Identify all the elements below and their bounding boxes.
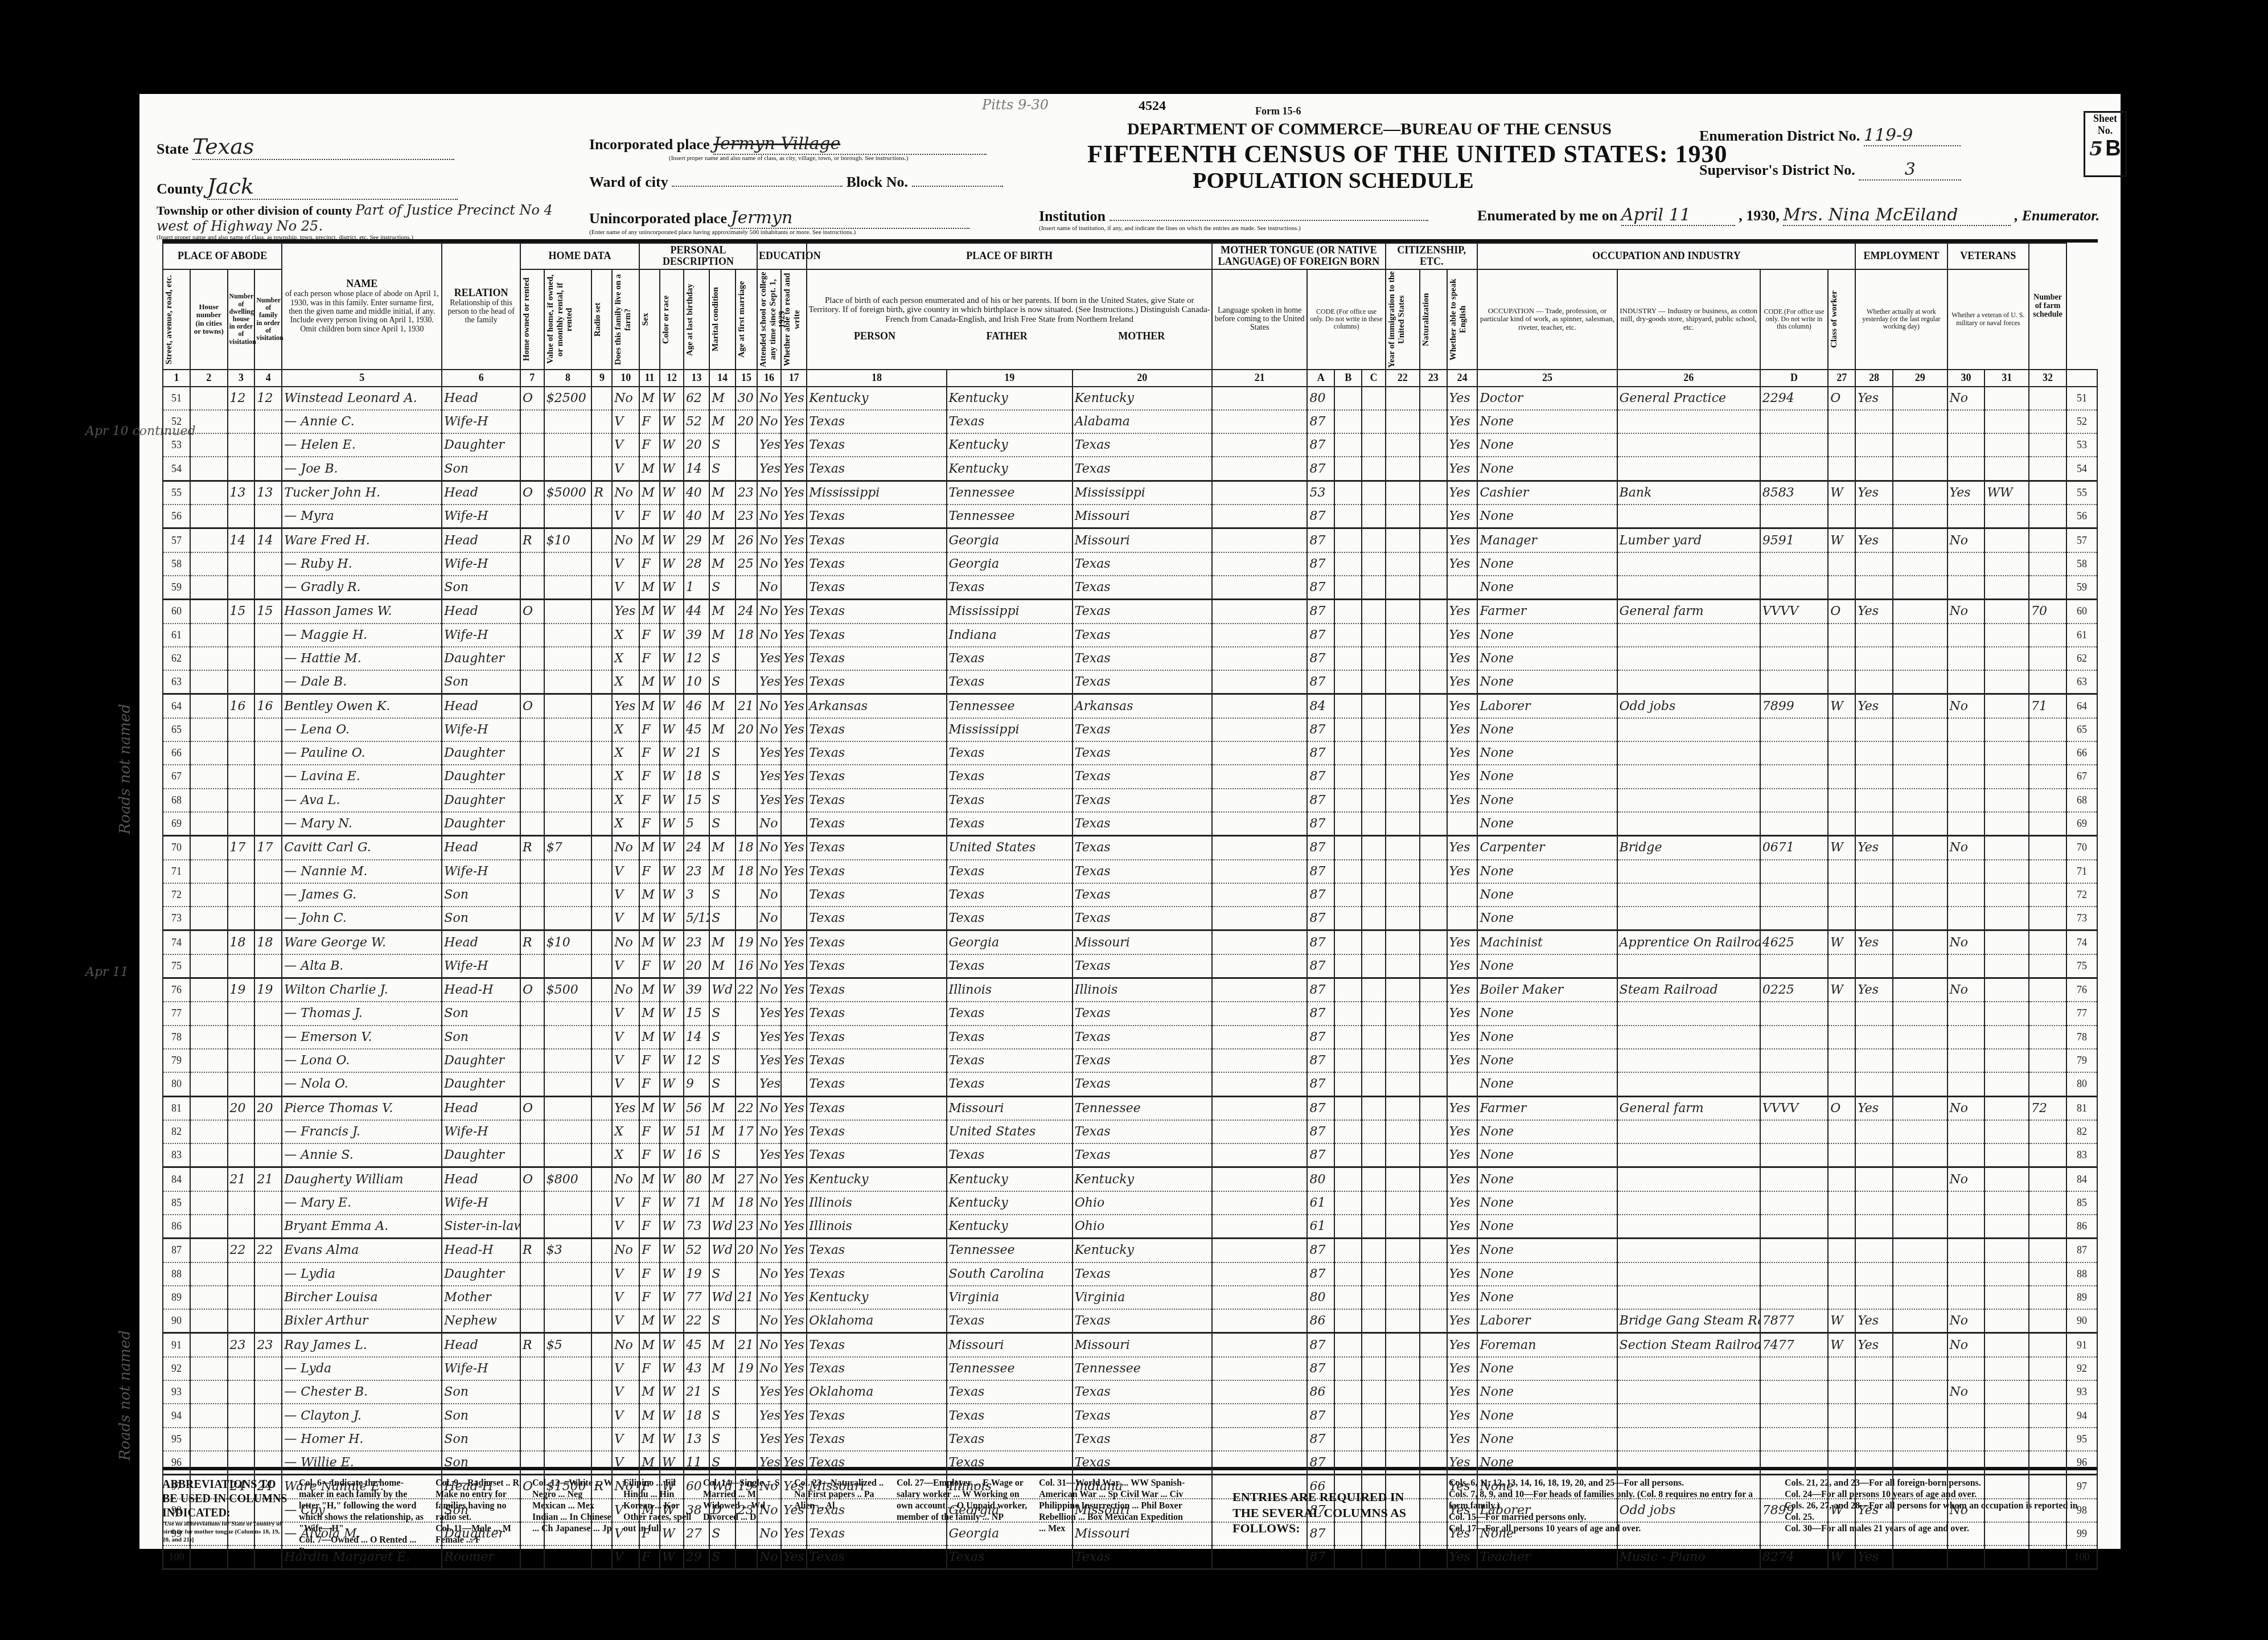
language [1212, 954, 1307, 978]
age-first-marriage: 25 [736, 552, 757, 576]
read-write: Yes [781, 481, 807, 505]
class-of-worker: W [1828, 481, 1855, 505]
code-c [1362, 954, 1386, 978]
home-value [544, 1309, 592, 1333]
table-row: 67 — Lavina E. Daughter X F W 18 S Yes Y… [163, 765, 2097, 788]
age-first-marriage [736, 1262, 757, 1286]
relation: Daughter [442, 1262, 520, 1286]
age-first-marriage: 23 [736, 481, 757, 505]
line-number: 69 [163, 812, 190, 836]
person-name: — Lydia [282, 1262, 442, 1286]
birthplace-father: Texas [947, 1049, 1073, 1072]
col-16-header: Attended school or college any time sinc… [757, 269, 781, 370]
code-b [1334, 647, 1362, 670]
age-first-marriage [736, 1428, 757, 1451]
birthplace-mother: Virginia [1073, 1286, 1212, 1309]
family-number [254, 718, 282, 741]
birthplace-mother: Texas [1073, 836, 1212, 860]
read-write: Yes [781, 1286, 807, 1309]
read-write: Yes [781, 433, 807, 457]
code-a: 87 [1307, 1451, 1334, 1475]
birth-instructions: Place of birth of each person enumerated… [807, 269, 1212, 370]
birthplace-mother: Texas [1073, 1049, 1212, 1072]
home-owned [520, 1191, 544, 1215]
table-row: 100 Hardin Margaret E. Roomer V F W 29 S… [163, 1545, 2097, 1569]
birthplace-person: Illinois [807, 1215, 946, 1239]
at-work [1855, 1404, 1893, 1427]
marital: Wd [709, 1215, 735, 1239]
read-write: Yes [781, 1404, 807, 1427]
incorporated-label: Incorporated place [589, 136, 710, 153]
radio-set [591, 1380, 612, 1404]
occupation-code [1760, 433, 1829, 457]
unemployment-line [1893, 1026, 1947, 1049]
war: WW [1984, 481, 2029, 505]
code-b [1334, 1286, 1362, 1309]
class-of-worker [1828, 789, 1855, 812]
line-number: 92 [163, 1357, 190, 1380]
birthplace-person: Texas [807, 600, 946, 624]
birthplace-father: Kentucky [947, 433, 1073, 457]
veteran [1947, 1072, 1985, 1096]
home-value: $7 [544, 836, 592, 860]
code-b [1334, 1428, 1362, 1451]
farm-schedule [2029, 1380, 2066, 1404]
code-a: 87 [1307, 528, 1334, 552]
block-label: Block No. [847, 174, 908, 190]
occupation: None [1477, 1380, 1617, 1404]
race: W [660, 1545, 684, 1569]
occupation: Teacher [1477, 1545, 1617, 1569]
house-number [190, 576, 228, 600]
birthplace-father: Texas [947, 860, 1073, 883]
dwelling-number [228, 907, 255, 930]
language [1212, 765, 1307, 788]
race: W [660, 433, 684, 457]
industry [1617, 741, 1760, 765]
race: W [660, 481, 684, 505]
relation: Daughter [442, 1072, 520, 1096]
sex: M [639, 1380, 660, 1404]
naturalization [1420, 1545, 1447, 1569]
person-name: Winstead Leonard A. [282, 387, 442, 410]
speak-english [1447, 812, 1478, 836]
at-work [1855, 954, 1893, 978]
immigration-year [1386, 765, 1420, 788]
industry [1617, 576, 1760, 600]
code-b [1334, 741, 1362, 765]
marital: S [709, 741, 735, 765]
code-a: 86 [1307, 1380, 1334, 1404]
read-write: Yes [781, 765, 807, 788]
industry [1617, 1072, 1760, 1096]
radio-set [591, 978, 612, 1002]
relation: Head [442, 481, 520, 505]
age: 22 [684, 1309, 709, 1333]
language [1212, 433, 1307, 457]
radio-set [591, 1096, 612, 1120]
war [1984, 576, 2029, 600]
code-a: 87 [1307, 1262, 1334, 1286]
race: W [660, 457, 684, 481]
school: Yes [757, 1380, 781, 1404]
code-b [1334, 1451, 1362, 1475]
birthplace-mother: Kentucky [1073, 1239, 1212, 1262]
speak-english: Yes [1447, 1451, 1478, 1475]
farm: V [612, 1215, 639, 1239]
family-number [254, 1451, 282, 1475]
occupation: None [1477, 789, 1617, 812]
veteran [1947, 1120, 1985, 1143]
race: W [660, 1262, 684, 1286]
home-owned [520, 1143, 544, 1167]
sex: M [639, 670, 660, 694]
line-number: 67 [163, 765, 190, 788]
incorporated-field: Incorporated place Jermyn Village (Inser… [589, 134, 987, 162]
school: No [757, 1286, 781, 1309]
code-a: 87 [1307, 624, 1334, 647]
birthplace-mother: Illinois [1073, 978, 1212, 1002]
radio-set [591, 836, 612, 860]
naturalization [1420, 1072, 1447, 1096]
industry [1617, 1167, 1760, 1191]
radio-set [591, 410, 612, 433]
sd-field: Supervisor's District No. 3 [1699, 159, 1961, 181]
farm-schedule [2029, 552, 2066, 576]
age: 44 [684, 600, 709, 624]
relation: Wife-H [442, 1357, 520, 1380]
war [1984, 1049, 2029, 1072]
code-b [1334, 670, 1362, 694]
code-a: 80 [1307, 387, 1334, 410]
relation: Daughter [442, 765, 520, 788]
table-row: 90 Bixler Arthur Nephew V M W 22 S No Ye… [163, 1309, 2097, 1333]
house-number [190, 1191, 228, 1215]
naturalization [1420, 600, 1447, 624]
relation: Son [442, 670, 520, 694]
radio-set [591, 883, 612, 907]
age: 45 [684, 1333, 709, 1357]
veteran [1947, 1357, 1985, 1380]
birthplace-person: Oklahoma [807, 1309, 946, 1333]
line-number: 56 [163, 505, 190, 528]
col-12-header: Color or race [660, 269, 684, 370]
line-number: 76 [163, 978, 190, 1002]
house-number [190, 883, 228, 907]
home-owned [520, 410, 544, 433]
code-a: 80 [1307, 1286, 1334, 1309]
naturalization [1420, 528, 1447, 552]
school: No [757, 1096, 781, 1120]
line-number: 77 [163, 1002, 190, 1025]
birthplace-mother: Texas [1073, 647, 1212, 670]
farm: No [612, 1239, 639, 1262]
home-owned [520, 1215, 544, 1239]
at-work: Yes [1855, 1096, 1893, 1120]
person-name: — Ava L. [282, 789, 442, 812]
war [1984, 505, 2029, 528]
code-b [1334, 457, 1362, 481]
age-first-marriage [736, 1049, 757, 1072]
line-number-right: 62 [2066, 647, 2097, 670]
radio-set [591, 528, 612, 552]
person-name: Evans Alma [282, 1239, 442, 1262]
speak-english: Yes [1447, 930, 1478, 954]
radio-set [591, 954, 612, 978]
unemployment-line [1893, 552, 1947, 576]
industry [1617, 433, 1760, 457]
line-number-right: 74 [2066, 930, 2097, 954]
section-name: NAMEof each person whose place of abode … [282, 243, 442, 370]
table-row: 91 23 23 Ray James L. Head R $5 No M W 4… [163, 1333, 2097, 1357]
age: 29 [684, 528, 709, 552]
code-c [1362, 1072, 1386, 1096]
age: 1 [684, 576, 709, 600]
at-work [1855, 1026, 1893, 1049]
dwelling-number [228, 718, 255, 741]
birthplace-father: Texas [947, 812, 1073, 836]
class-of-worker [1828, 1451, 1855, 1475]
dwelling-number [228, 1026, 255, 1049]
war [1984, 836, 2029, 860]
house-number [190, 741, 228, 765]
school: Yes [757, 1451, 781, 1475]
col-7-header: Home owned or rented [520, 269, 544, 370]
race: W [660, 1143, 684, 1167]
birthplace-person: Texas [807, 741, 946, 765]
occupation: None [1477, 954, 1617, 978]
age: 12 [684, 647, 709, 670]
farm: V [612, 1428, 639, 1451]
line-number-right: 89 [2066, 1286, 2097, 1309]
line-number: 55 [163, 481, 190, 505]
farm: V [612, 1049, 639, 1072]
birthplace-mother: Texas [1073, 1404, 1212, 1427]
birthplace-mother: Tennessee [1073, 1096, 1212, 1120]
birthplace-mother: Texas [1073, 1262, 1212, 1286]
code-c [1362, 1286, 1386, 1309]
table-row: 84 21 21 Daugherty William Head O $800 N… [163, 1167, 2097, 1191]
code-c [1362, 647, 1386, 670]
marital: M [709, 1357, 735, 1380]
veteran [1947, 410, 1985, 433]
speak-english: Yes [1447, 1333, 1478, 1357]
immigration-year [1386, 528, 1420, 552]
birthplace-mother: Missouri [1073, 1333, 1212, 1357]
house-number [190, 433, 228, 457]
read-write: Yes [781, 694, 807, 718]
sex: M [639, 1333, 660, 1357]
speak-english: Yes [1447, 528, 1478, 552]
naturalization [1420, 670, 1447, 694]
marital: M [709, 505, 735, 528]
birthplace-person: Texas [807, 718, 946, 741]
veteran [1947, 1545, 1985, 1569]
birthplace-person: Texas [807, 647, 946, 670]
occupation-code [1760, 457, 1829, 481]
sex: M [639, 694, 660, 718]
age-first-marriage [736, 1404, 757, 1427]
class-of-worker [1828, 1262, 1855, 1286]
dwelling-number: 12 [228, 387, 255, 410]
relation: Son [442, 907, 520, 930]
immigration-year [1386, 600, 1420, 624]
speak-english: Yes [1447, 836, 1478, 860]
speak-english: Yes [1447, 1049, 1478, 1072]
farm: No [612, 387, 639, 410]
line-number-right: 55 [2066, 481, 2097, 505]
home-value [544, 1191, 592, 1215]
class-of-worker [1828, 1380, 1855, 1404]
code-a: 87 [1307, 1545, 1334, 1569]
immigration-year [1386, 552, 1420, 576]
language [1212, 647, 1307, 670]
birthplace-person: Texas [807, 670, 946, 694]
industry: Bank [1617, 481, 1760, 505]
relation: Son [442, 1002, 520, 1025]
immigration-year [1386, 978, 1420, 1002]
war [1984, 1167, 2029, 1191]
farm-schedule [2029, 1357, 2066, 1380]
read-write: Yes [781, 552, 807, 576]
birthplace-mother: Kentucky [1073, 387, 1212, 410]
occupation-code: 2294 [1760, 387, 1829, 410]
birthplace-father: Texas [947, 1451, 1073, 1475]
farm-schedule: 71 [2029, 694, 2066, 718]
naturalization [1420, 433, 1447, 457]
at-work [1855, 505, 1893, 528]
code-c [1362, 812, 1386, 836]
naturalization [1420, 741, 1447, 765]
home-owned [520, 1049, 544, 1072]
unemployment-line [1893, 505, 1947, 528]
home-owned [520, 670, 544, 694]
immigration-year [1386, 860, 1420, 883]
table-row: 66 — Pauline O. Daughter X F W 21 S Yes … [163, 741, 2097, 765]
sex: F [639, 505, 660, 528]
farm-schedule [2029, 1215, 2066, 1239]
speak-english: Yes [1447, 741, 1478, 765]
speak-english: Yes [1447, 1120, 1478, 1143]
sd-label: Supervisor's District No. [1699, 162, 1855, 178]
code-b [1334, 1239, 1362, 1262]
marital: S [709, 1049, 735, 1072]
enumerated-year: , 1930, [1739, 207, 1780, 224]
farm: V [612, 505, 639, 528]
naturalization [1420, 647, 1447, 670]
industry [1617, 1428, 1760, 1451]
family-number [254, 1120, 282, 1143]
code-b [1334, 600, 1362, 624]
birthplace-mother: Texas [1073, 1428, 1212, 1451]
line-number-right: 51 [2066, 387, 2097, 410]
birthplace-mother: Texas [1073, 576, 1212, 600]
sex: F [639, 624, 660, 647]
sheet-value: 5 [2089, 138, 2103, 161]
at-work [1855, 552, 1893, 576]
section-home-data: HOME DATA [520, 243, 639, 269]
speak-english: Yes [1447, 552, 1478, 576]
speak-english: Yes [1447, 624, 1478, 647]
war [1984, 789, 2029, 812]
person-name: — Gradly R. [282, 576, 442, 600]
birthplace-father: Texas [947, 1143, 1073, 1167]
code-a: 87 [1307, 741, 1334, 765]
birthplace-person: Texas [807, 1357, 946, 1380]
table-row: 83 — Annie S. Daughter X F W 16 S Yes Ye… [163, 1143, 2097, 1167]
house-number [190, 694, 228, 718]
speak-english: Yes [1447, 457, 1478, 481]
unemployment-line [1893, 930, 1947, 954]
naturalization [1420, 1239, 1447, 1262]
race: W [660, 528, 684, 552]
relation: Wife-H [442, 1191, 520, 1215]
line-number: 57 [163, 528, 190, 552]
unemployment-line [1893, 387, 1947, 410]
class-of-worker: W [1828, 694, 1855, 718]
person-name: — Helen E. [282, 433, 442, 457]
state-label: State [157, 141, 188, 157]
house-number [190, 1026, 228, 1049]
person-name: — Homer H. [282, 1428, 442, 1451]
birthplace-person: Texas [807, 1072, 946, 1096]
school: No [757, 1191, 781, 1215]
veteran: No [1947, 978, 1985, 1002]
industry [1617, 1143, 1760, 1167]
war [1984, 765, 2029, 788]
birthplace-father: Tennessee [947, 1239, 1073, 1262]
code-c [1362, 1239, 1386, 1262]
sex: M [639, 576, 660, 600]
enumerated-field: Enumerated by me on April 11 , 1930, Mrs… [1477, 205, 2099, 226]
read-write: Yes [781, 1239, 807, 1262]
dwelling-number: 18 [228, 930, 255, 954]
house-number [190, 860, 228, 883]
house-number [190, 1167, 228, 1191]
home-owned [520, 812, 544, 836]
code-c [1362, 1357, 1386, 1380]
occupation: None [1477, 1167, 1617, 1191]
code-b [1334, 1167, 1362, 1191]
veteran [1947, 860, 1985, 883]
occupation: None [1477, 718, 1617, 741]
line-number: 59 [163, 576, 190, 600]
immigration-year [1386, 789, 1420, 812]
industry: Section Steam Railroad [1617, 1333, 1760, 1357]
line-number-right: 69 [2066, 812, 2097, 836]
birthplace-person: Texas [807, 1404, 946, 1427]
occupation: None [1477, 1404, 1617, 1427]
age: 16 [684, 1143, 709, 1167]
farm-schedule [2029, 457, 2066, 481]
unemployment-line [1893, 576, 1947, 600]
birthplace-person: Mississippi [807, 481, 946, 505]
farm-schedule [2029, 1262, 2066, 1286]
school: Yes [757, 789, 781, 812]
line-number: 65 [163, 718, 190, 741]
naturalization [1420, 694, 1447, 718]
person-name: Pierce Thomas V. [282, 1096, 442, 1120]
birthplace-mother: Texas [1073, 457, 1212, 481]
occupation-code: 0671 [1760, 836, 1829, 860]
age: 5 [684, 812, 709, 836]
industry [1617, 1049, 1760, 1072]
occupation: None [1477, 624, 1617, 647]
occupation-code [1760, 741, 1829, 765]
home-owned: O [520, 1096, 544, 1120]
at-work: Yes [1855, 1333, 1893, 1357]
birthplace-mother: Texas [1073, 552, 1212, 576]
